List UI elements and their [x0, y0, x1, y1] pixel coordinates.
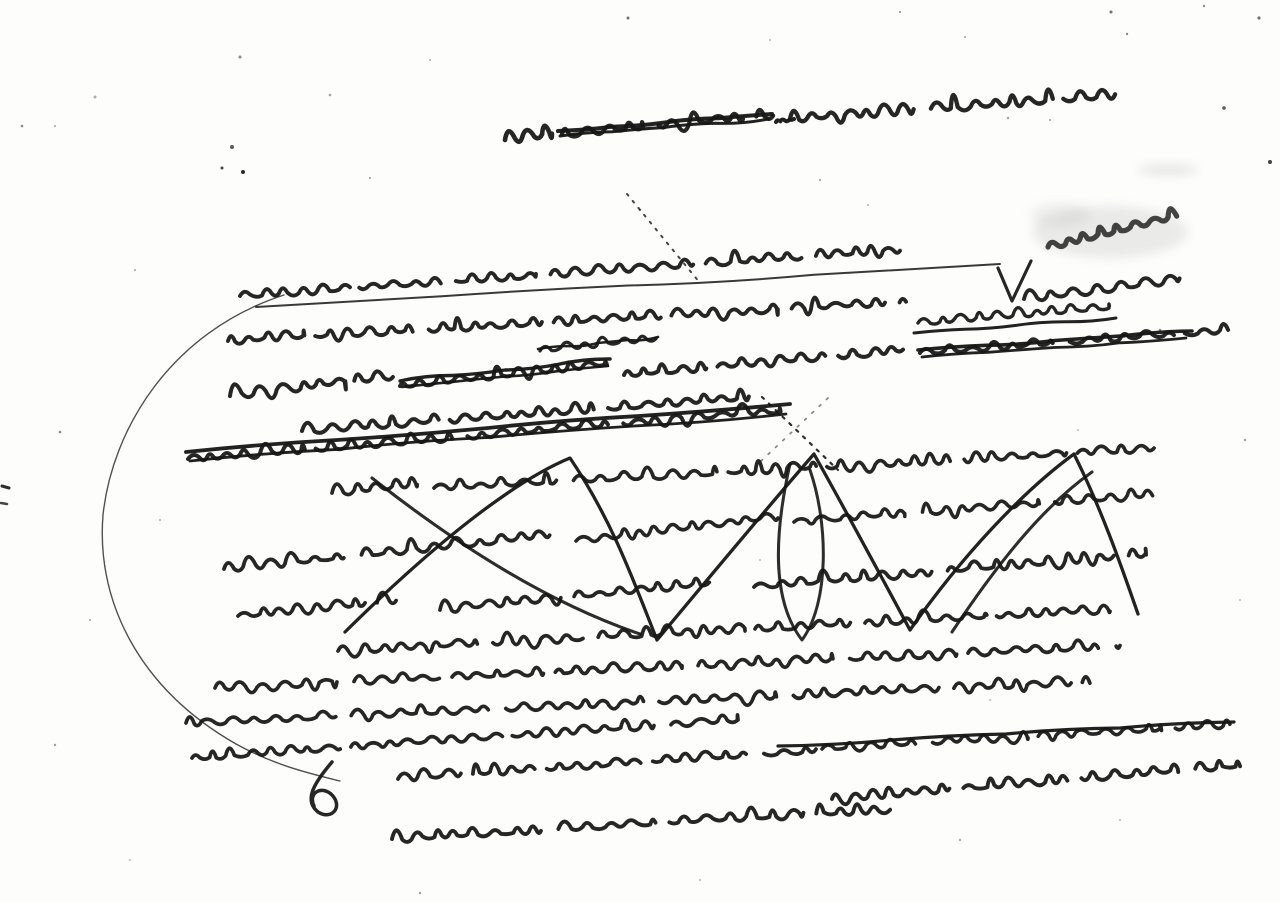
handwriting-ink-layer: [0, 0, 1280, 902]
ink-strokes: [1, 90, 1240, 842]
manuscript-page: Къ всему населенію гражданамъ Россіи. Вр…: [0, 0, 1280, 902]
